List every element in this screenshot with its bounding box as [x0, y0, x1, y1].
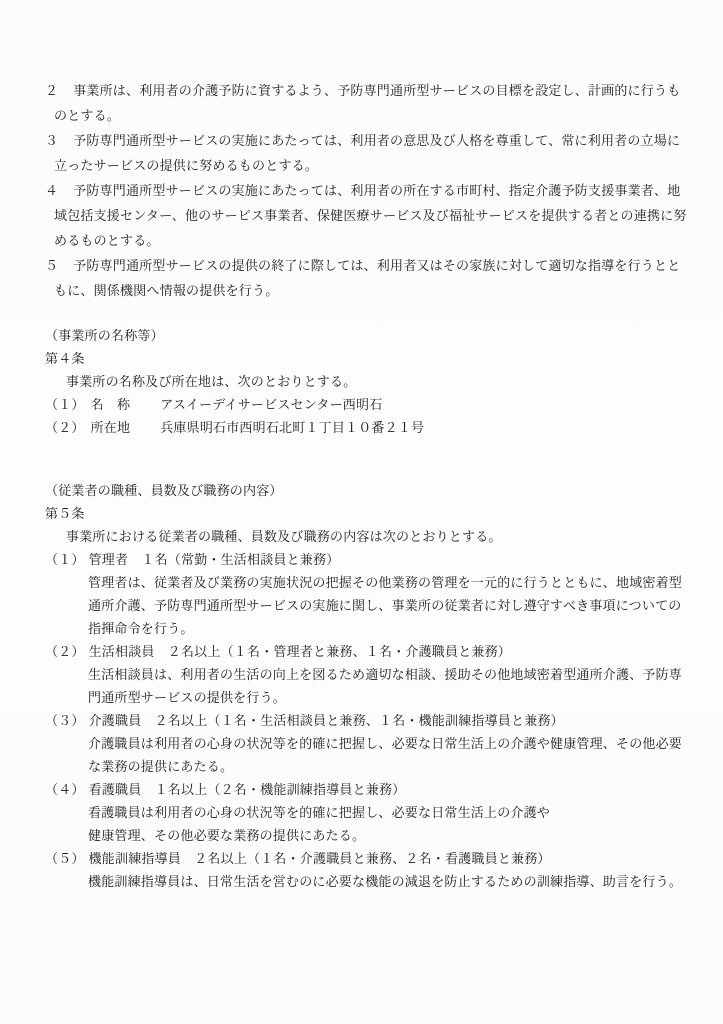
item-number: （３） [45, 713, 85, 728]
clause-number: ５ [45, 258, 58, 273]
staff-item-care-worker: （３）介護職員 ２名以上（１名・生活相談員と兼務、１名・機能訓練指導員と兼務） … [45, 709, 693, 778]
item-number: （５） [45, 851, 85, 866]
facility-address-value: 兵庫県明石市西明石北町１丁目１０番２１号 [160, 420, 424, 435]
article-4-section: （事業所の名称等） 第４条 事業所の名称及び所在地は、次のとおりとする。 （１）… [45, 324, 693, 439]
article-5-section: （従業者の職種、員数及び職務の内容） 第５条 事業所における従業者の職種、員数及… [45, 479, 693, 893]
article-5-heading: （従業者の職種、員数及び職務の内容） [45, 479, 693, 502]
clause-text: 予防専門通所型サービスの提供の終了に際しては、利用者又はその家族に対して適切な指… [54, 258, 680, 298]
item-number: （１） [45, 552, 85, 567]
article-5-intro: 事業所における従業者の職種、員数及び職務の内容は次のとおりとする。 [45, 525, 693, 548]
facility-name-value: アスイーデイサービスセンター西明石 [160, 397, 382, 412]
clause-number: ３ [45, 133, 58, 148]
staff-title-text: 看護職員 １名以上（２名・機能訓練指導員と兼務） [89, 782, 406, 797]
clause-number: ２ [45, 83, 58, 98]
clause-text: 予防専門通所型サービスの実施にあたっては、利用者の意思及び人格を尊重して、常に利… [54, 133, 680, 173]
staff-title: （４）看護職員 １名以上（２名・機能訓練指導員と兼務） [45, 778, 693, 801]
item-number: （２） [45, 644, 85, 659]
staff-description: 介護職員は利用者の心身の状況等を的確に把握し、必要な日常生活上の介護や健康管理、… [45, 732, 693, 778]
general-provisions-clauses: ２事業所は、利用者の介護予防に資するよう、予防専門通所型サービスの目標を設定し、… [45, 78, 693, 303]
clause-text: 予防専門通所型サービスの実施にあたっては、利用者の所在する市町村、指定介護予防支… [54, 183, 687, 248]
item-number: （１） [45, 397, 85, 412]
item-number: （２） [45, 420, 85, 435]
item-key: 所在地 [91, 420, 131, 435]
clause-paragraph-2: ２事業所は、利用者の介護予防に資するよう、予防専門通所型サービスの目標を設定し、… [45, 78, 693, 128]
staff-title: （３）介護職員 ２名以上（１名・生活相談員と兼務、１名・機能訓練指導員と兼務） [45, 709, 693, 732]
staff-item-functional-trainer: （５）機能訓練指導員 ２名以上（１名・介護職員と兼務、２名・看護職員と兼務） 機… [45, 847, 693, 893]
staff-title: （５）機能訓練指導員 ２名以上（１名・介護職員と兼務、２名・看護職員と兼務） [45, 847, 693, 870]
article-4-number: 第４条 [45, 347, 693, 370]
clause-paragraph-3: ３予防専門通所型サービスの実施にあたっては、利用者の意思及び人格を尊重して、常に… [45, 128, 693, 178]
clause-text: 事業所は、利用者の介護予防に資するよう、予防専門通所型サービスの目標を設定し、計… [54, 83, 680, 123]
scanned-document-page: ２事業所は、利用者の介護予防に資するよう、予防専門通所型サービスの目標を設定し、… [0, 0, 723, 1024]
staff-item-manager: （１）管理者 １名（常勤・生活相談員と兼務） 管理者は、従業者及び業務の実施状況… [45, 548, 693, 640]
article-4-intro: 事業所の名称及び所在地は、次のとおりとする。 [45, 370, 693, 393]
clause-paragraph-5: ５予防専門通所型サービスの提供の終了に際しては、利用者又はその家族に対して適切な… [45, 253, 693, 303]
staff-item-life-counselor: （２）生活相談員 ２名以上（１名・管理者と兼務、１名・介護職員と兼務） 生活相談… [45, 640, 693, 709]
staff-title-text: 管理者 １名（常勤・生活相談員と兼務） [89, 552, 340, 567]
staff-description: 機能訓練指導員は、日常生活を営むのに必要な機能の減退を防止するための訓練指導、助… [45, 870, 693, 893]
facility-address-item: （２）所在地兵庫県明石市西明石北町１丁目１０番２１号 [45, 416, 693, 439]
staff-description: 管理者は、従業者及び業務の実施状況の把握その他業務の管理を一元的に行うとともに、… [45, 571, 693, 640]
staff-title: （２）生活相談員 ２名以上（１名・管理者と兼務、１名・介護職員と兼務） [45, 640, 693, 663]
staff-title-text: 生活相談員 ２名以上（１名・管理者と兼務、１名・介護職員と兼務） [89, 644, 511, 659]
staff-title-text: 介護職員 ２名以上（１名・生活相談員と兼務、１名・機能訓練指導員と兼務） [89, 713, 564, 728]
staff-description-line-2: 健康管理、その他必要な業務の提供にあたる。 [45, 824, 693, 847]
facility-name-item: （１）名 称アスイーデイサービスセンター西明石 [45, 393, 693, 416]
staff-title-text: 機能訓練指導員 ２名以上（１名・介護職員と兼務、２名・看護職員と兼務） [89, 851, 551, 866]
staff-description: 生活相談員は、利用者の生活の向上を図るため適切な相談、援助その他地域密着型通所介… [45, 663, 693, 709]
item-number: （４） [45, 782, 85, 797]
article-4-heading: （事業所の名称等） [45, 324, 693, 347]
item-key: 名 称 [91, 397, 131, 412]
staff-description: 看護職員は利用者の心身の状況等を的確に把握し、必要な日常生活上の介護や [45, 801, 693, 824]
clause-paragraph-4: ４予防専門通所型サービスの実施にあたっては、利用者の所在する市町村、指定介護予防… [45, 178, 693, 253]
staff-item-nurse: （４）看護職員 １名以上（２名・機能訓練指導員と兼務） 看護職員は利用者の心身の… [45, 778, 693, 847]
clause-number: ４ [45, 183, 58, 198]
article-5-number: 第５条 [45, 502, 693, 525]
staff-title: （１）管理者 １名（常勤・生活相談員と兼務） [45, 548, 693, 571]
